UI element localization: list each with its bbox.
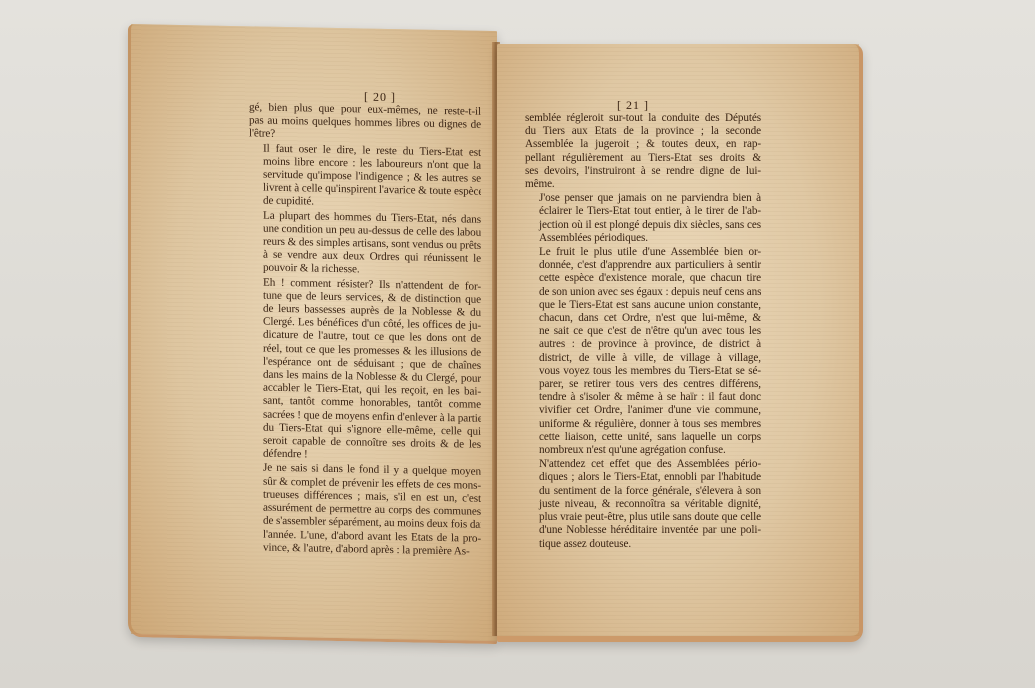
paragraph: semblée régleroit sur-tout la conduite d… xyxy=(525,112,761,191)
paragraph: N'attendez cet effet que des Assemblées … xyxy=(525,458,761,550)
left-page-text: [ 20 ] gé, bien plus que pour eux-mêmes,… xyxy=(249,88,481,559)
text-line: jection où il est plongé depuis dix sièc… xyxy=(525,219,761,232)
text-line: tique assez douteuse. xyxy=(525,538,761,551)
text-line: uniforme & régulière, donner à tous ses … xyxy=(525,418,761,431)
text-line: tendre à s'isoler & même à se haïr : il … xyxy=(525,391,761,404)
text-line: Assemblées périodiques. xyxy=(525,232,761,245)
text-line: Assemblée la jugeroit ; & toutes deux, e… xyxy=(525,138,761,151)
text-line: plus vraie peut-être, plus utile sans do… xyxy=(525,511,761,524)
text-line: semblée régleroit sur-tout la conduite d… xyxy=(525,112,761,125)
text-line: parer, se retirer tous vers des centres … xyxy=(525,378,761,391)
text-line: ne sait ce que c'est de n'être qu'un ave… xyxy=(525,325,761,338)
text-line: éclairer le Tiers-Etat tout entier, à le… xyxy=(525,205,761,218)
paragraph: Eh ! comment résister? Ils n'attendent d… xyxy=(249,276,481,465)
text-line: cette liaison, cette unité, sans laquell… xyxy=(525,431,761,444)
paragraph: J'ose penser que jamais on ne parviendra… xyxy=(525,192,761,245)
text-line: du sentiment de la force générale, s'éle… xyxy=(525,485,761,498)
text-line: même. xyxy=(525,178,761,191)
text-line: vous voyez tous les membres du Tiers-Eta… xyxy=(525,365,761,378)
text-line: juste niveau, & reconnoîtra sa véritable… xyxy=(525,498,761,511)
text-line: d'une Noblesse héréditaire inventée par … xyxy=(525,524,761,537)
text-line: de son union avec ses égaux : depuis neu… xyxy=(525,286,761,299)
text-line: N'attendez cet effet que des Assemblées … xyxy=(525,458,761,471)
right-page: [ 21 ] semblée régleroit sur-tout la con… xyxy=(497,44,863,642)
text-line: que le Tiers-Etat est sans aucune union … xyxy=(525,299,761,312)
text-line: diques ; alors le Tiers-Etat, ennobli pa… xyxy=(525,471,761,484)
text-line: donnée, c'est d'apprendre aux particulie… xyxy=(525,259,761,272)
right-page-paragraphs: semblée régleroit sur-tout la conduite d… xyxy=(525,112,761,551)
text-line: Le fruit le plus utile d'une Assemblée b… xyxy=(525,246,761,259)
text-line: J'ose penser que jamais on ne parviendra… xyxy=(525,192,761,205)
text-line: pellant régulièrement au Tiers-Etat ses … xyxy=(525,152,761,165)
paragraph: gé, bien plus que pour eux-mêmes, ne res… xyxy=(249,101,481,145)
right-page-text: [ 21 ] semblée régleroit sur-tout la con… xyxy=(525,99,761,552)
text-line: autres : de province à province, de dist… xyxy=(525,338,761,351)
paragraph: Le fruit le plus utile d'une Assemblée b… xyxy=(525,246,761,457)
open-book: [ 20 ] gé, bien plus que pour eux-mêmes,… xyxy=(0,0,1035,688)
paragraph: Il faut oser le dire, le reste du Tiers-… xyxy=(249,142,481,212)
text-line: du Tiers aux Etats de la province ; la s… xyxy=(525,125,761,138)
page-number-21: [ 21 ] xyxy=(525,99,761,112)
left-page-paragraphs: gé, bien plus que pour eux-mêmes, ne res… xyxy=(249,101,481,558)
text-line: district, de ville à ville, de village à… xyxy=(525,352,761,365)
text-line: ses devoirs, l'instruiront à se rendre d… xyxy=(525,165,761,178)
paragraph: Je ne sais si dans le fond il y a quelqu… xyxy=(249,462,481,559)
text-line: cette espèce d'existence morale, que cha… xyxy=(525,272,761,285)
paragraph: La plupart des hommes du Tiers-Etat, nés… xyxy=(249,209,481,279)
left-page: [ 20 ] gé, bien plus que pour eux-mêmes,… xyxy=(128,24,497,644)
text-line: chacun, dans cet Ordre, n'est que lui-mê… xyxy=(525,312,761,325)
text-line: nombreux n'est qu'une agrégation confuse… xyxy=(525,444,761,457)
text-line: vivifier cet Ordre, l'animer d'une vie c… xyxy=(525,404,761,417)
